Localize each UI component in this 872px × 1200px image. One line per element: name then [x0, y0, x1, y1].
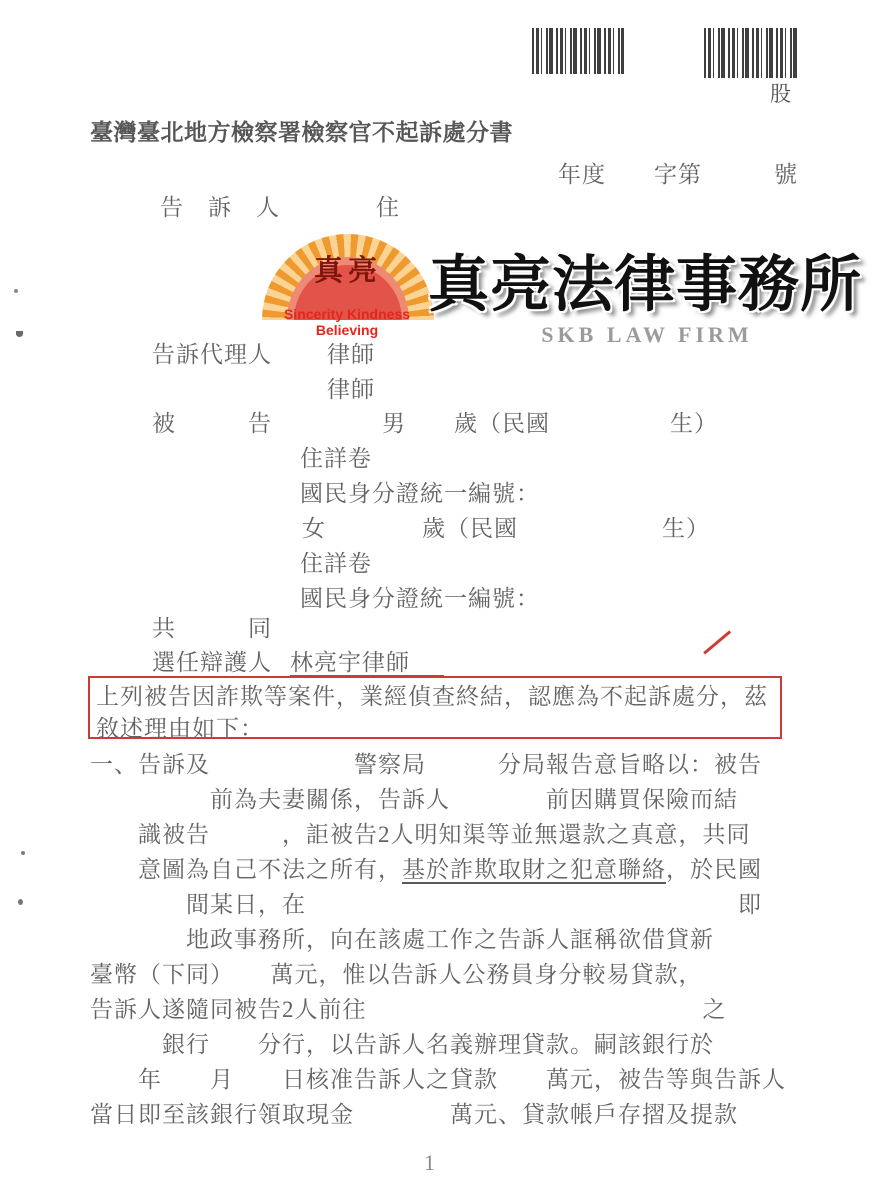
agent-value-1: 律師 — [327, 340, 375, 370]
body-line-1: 一、告訴及 警察局 分局報告意旨略以：被告 — [90, 750, 762, 780]
scan-speck — [16, 331, 23, 337]
joint-label: 共 同 — [152, 614, 272, 644]
defendant-id-1: 國民身分證統一編號： — [300, 479, 540, 509]
division-stamp-char: 股 — [770, 78, 791, 108]
case-number-line: 年度 字第 號 — [558, 160, 798, 190]
barcode-right — [704, 28, 800, 78]
accuser-label: 告 訴 人 — [160, 193, 280, 223]
body-line-8: 告訴人遂隨同被告2人前往 之 — [90, 995, 727, 1025]
body-line-9: 銀行 分行，以告訴人名義辦理貸款。嗣該銀行於 — [90, 1030, 714, 1060]
body-line-11: 當日即至該銀行領取現金 萬元、貸款帳戶存摺及提款 — [90, 1100, 738, 1130]
defendant-male-line: 男 歲（民國 生） — [382, 409, 718, 439]
body-line-3: 識被告 ，詎被告2人明知渠等並無還款之真意，共同 — [90, 820, 751, 850]
body-line-10: 年 月 日核准告訴人之貸款 萬元，被告等與告訴人 — [90, 1065, 786, 1095]
barcode-left — [532, 28, 624, 74]
scan-speck — [18, 899, 23, 905]
counsel-label: 選任辯護人 — [152, 648, 272, 678]
defendant-female-line: 女 歲（民國 生） — [302, 514, 710, 544]
body-line-5: 間某日，在 即 — [90, 890, 762, 920]
red-pen-slash-mark — [703, 630, 731, 654]
counsel-value: 林亮宇律師 — [290, 648, 444, 678]
scan-speck — [21, 851, 25, 855]
law-firm-slogan: Sincerity Kindness Believing — [256, 306, 438, 338]
notice-line-1: 上列被告因詐欺等案件，業經偵查終結，認應為不起訴處分，茲 — [96, 682, 768, 712]
document-title: 臺灣臺北地方檢察署檢察官不起訴處分書 — [90, 118, 513, 148]
accuser-residence: 住 — [376, 193, 400, 223]
page-number: 1 — [424, 1150, 435, 1176]
notice-line-2: 敘述理由如下： — [96, 714, 264, 744]
agent-value-2: 律師 — [327, 375, 375, 405]
body-line-2: 前為夫妻關係，告訴人 前因購買保險而結 — [90, 785, 738, 815]
law-firm-name-english: SKB LAW FIRM — [430, 322, 864, 348]
body-line-4-post: ，於民國 — [666, 857, 762, 882]
body-line-6: 地政事務所，向在該處工作之告訴人誆稱欲借貸新 — [90, 925, 714, 955]
law-firm-seal-text: 真亮 — [262, 248, 434, 289]
scanned-document-page: 股 臺灣臺北地方檢察署檢察官不起訴處分書 年度 字第 號 告 訴 人 住 送達 … — [0, 0, 872, 1200]
defendant-label: 被 告 — [152, 409, 272, 439]
law-firm-name-calligraphy: 真亮法律事務所 — [428, 236, 868, 323]
body-line-4: 意圖為自己不法之所有，基於詐欺取財之犯意聯絡，於民國 — [90, 855, 762, 885]
body-line-7: 臺幣（下同） 萬元，惟以告訴人公務員身分較易貸款， — [90, 960, 703, 990]
body-line-4-pre: 意圖為自己不法之所有， — [90, 857, 402, 882]
defendant-residence-2: 住詳卷 — [300, 549, 372, 579]
scan-speck — [14, 289, 18, 293]
counsel-name-red-underline: 林亮宇律師 — [290, 650, 444, 678]
agent-label: 告訴代理人 — [152, 340, 272, 370]
defendant-residence-1: 住詳卷 — [300, 444, 372, 474]
body-line-4-underlined-phrase: 基於詐欺取財之犯意聯絡 — [402, 857, 666, 884]
defendant-id-2: 國民身分證統一編號： — [300, 584, 540, 614]
